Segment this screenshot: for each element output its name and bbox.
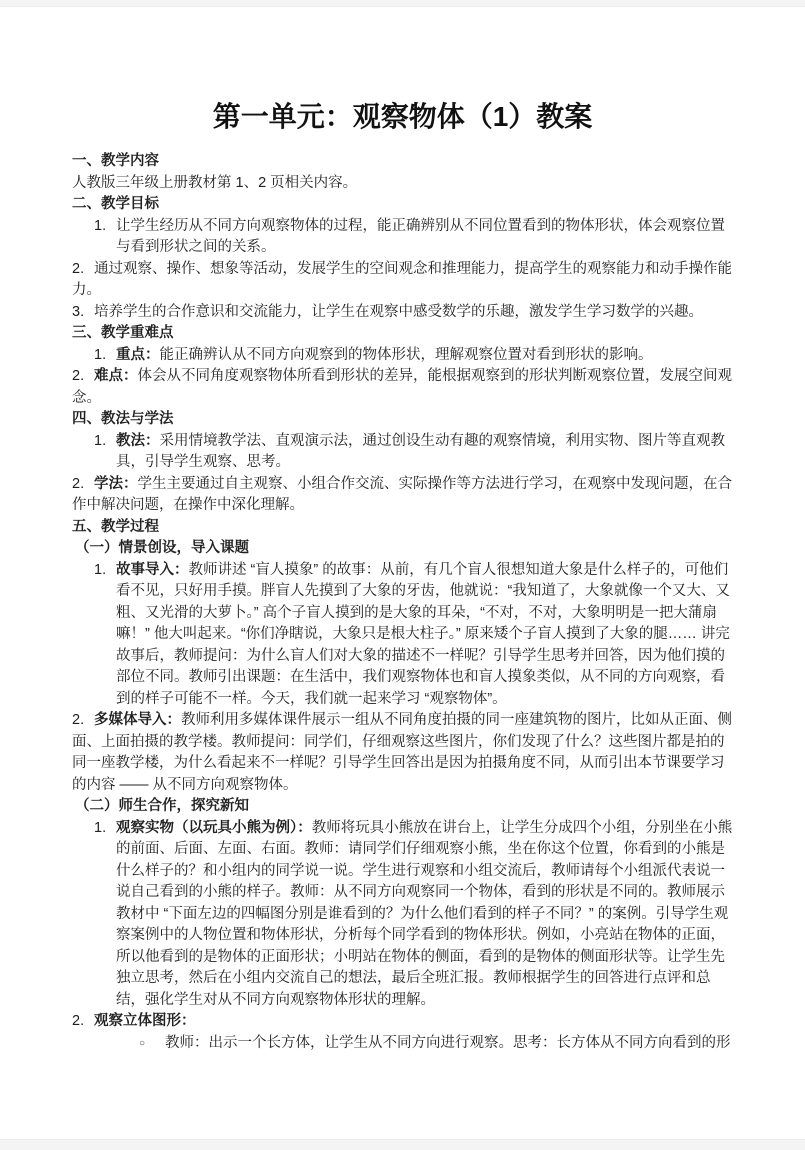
document-content: 第一单元：观察物体（1）教案 一、教学内容 人教版三年级上册教材第 1、2 页相… <box>0 7 805 1054</box>
item-number: 1. <box>94 216 116 238</box>
item-number: 1. <box>94 345 116 367</box>
item-number: 2. <box>72 1011 94 1033</box>
document-viewer: 第一单元：观察物体（1）教案 一、教学内容 人教版三年级上册教材第 1、2 页相… <box>0 0 805 1150</box>
item-text: 教师讲述 “盲人摸象” 的故事：从前，有几个盲人很想知道大象是什么样子的，可他们… <box>116 562 730 707</box>
item-text: 让学生经历从不同方向观察物体的过程，能正确辨别从不同位置看到的物体形状，体会观察… <box>116 218 725 256</box>
item-label: 观察实物（以玩具小熊为例）： <box>116 820 312 836</box>
item-text: 能正确辨认从不同方向观察到的物体形状，理解观察位置对看到形状的影响。 <box>160 347 653 363</box>
item-number: 1. <box>94 560 116 582</box>
item-text: 学生主要通过自主观察、小组合作交流、实际操作等方法进行学习，在观察中发现问题，在… <box>72 476 732 514</box>
document-page: 第一单元：观察物体（1）教案 一、教学内容 人教版三年级上册教材第 1、2 页相… <box>0 6 805 1140</box>
section-heading: 二、教学目标 <box>72 194 733 216</box>
item-label: 重点： <box>116 347 160 363</box>
numbered-item: 2.多媒体导入：教师利用多媒体课件展示一组从不同角度拍摄的同一座建筑物的图片，比… <box>72 710 733 796</box>
item-label: 学法： <box>94 476 138 492</box>
numbered-item: 2.通过观察、操作、想象等活动，发展学生的空间观念和推理能力，提高学生的观察能力… <box>72 259 733 302</box>
item-label: 难点： <box>94 368 138 384</box>
item-text: 培养学生的合作意识和交流能力，让学生在观察中感受数学的乐趣，激发学生学习数学的兴… <box>94 304 703 320</box>
section-heading: 四、教法与学法 <box>72 409 733 431</box>
numbered-item: 1.教法：采用情境教学法、直观演示法，通过创设生动有趣的观察情境，利用实物、图片… <box>94 431 733 474</box>
numbered-item: 1.观察实物（以玩具小熊为例）：教师将玩具小熊放在讲台上，让学生分成四个小组，分… <box>94 818 733 1012</box>
numbered-item: 2.学法：学生主要通过自主观察、小组合作交流、实际操作等方法进行学习，在观察中发… <box>72 474 733 517</box>
numbered-item: 1.重点：能正确辨认从不同方向观察到的物体形状，理解观察位置对看到形状的影响。 <box>94 345 733 367</box>
paragraph: 人教版三年级上册教材第 1、2 页相关内容。 <box>72 173 733 195</box>
item-text: 通过观察、操作、想象等活动，发展学生的空间观念和推理能力，提高学生的观察能力和动… <box>72 261 732 299</box>
sub-section-heading: （二）师生合作，探究新知 <box>75 796 733 818</box>
sub-section-heading: （一）情景创设，导入课题 <box>75 538 733 560</box>
item-text: 采用情境教学法、直观演示法，通过创设生动有趣的观察情境，利用实物、图片等直观教具… <box>116 433 725 471</box>
item-label: 多媒体导入： <box>94 712 181 728</box>
section-heading: 一、教学内容 <box>72 151 733 173</box>
item-number: 2. <box>72 366 94 388</box>
item-label: 观察立体图形： <box>94 1013 196 1029</box>
item-text: 教师将玩具小熊放在讲台上，让学生分成四个小组，分别坐在小熊的前面、后面、左面、右… <box>116 820 732 1008</box>
item-number: 2. <box>72 710 94 732</box>
item-label: 故事导入： <box>116 562 189 578</box>
item-label: 教法： <box>116 433 160 449</box>
numbered-item: 3.培养学生的合作意识和交流能力，让学生在观察中感受数学的乐趣，激发学生学习数学… <box>72 302 733 324</box>
section-heading: 三、教学重难点 <box>72 323 733 345</box>
item-text: 体会从不同角度观察物体所看到形状的差异，能根据观察到的形状判断观察位置，发展空间… <box>72 368 732 406</box>
item-number: 1. <box>94 818 116 840</box>
circle-bullet-icon: ○ <box>139 1033 165 1055</box>
page-title: 第一单元：观察物体（1）教案 <box>72 99 733 135</box>
numbered-item: 2.难点：体会从不同角度观察物体所看到形状的差异，能根据观察到的形状判断观察位置… <box>72 366 733 409</box>
item-text: 教师：出示一个长方体，让学生从不同方向进行观察。思考：长方体从不同方向看到的形 <box>165 1035 731 1051</box>
item-number: 3. <box>72 302 94 324</box>
item-number: 1. <box>94 431 116 453</box>
section-heading: 五、教学过程 <box>72 517 733 539</box>
numbered-item: 2.观察立体图形： <box>72 1011 733 1033</box>
numbered-item: 1.故事导入：教师讲述 “盲人摸象” 的故事：从前，有几个盲人很想知道大象是什么… <box>94 560 733 711</box>
bullet-item: ○教师：出示一个长方体，让学生从不同方向进行观察。思考：长方体从不同方向看到的形 <box>139 1033 733 1055</box>
numbered-item: 1.让学生经历从不同方向观察物体的过程，能正确辨别从不同位置看到的物体形状，体会… <box>94 216 733 259</box>
item-number: 2. <box>72 474 94 496</box>
item-number: 2. <box>72 259 94 281</box>
